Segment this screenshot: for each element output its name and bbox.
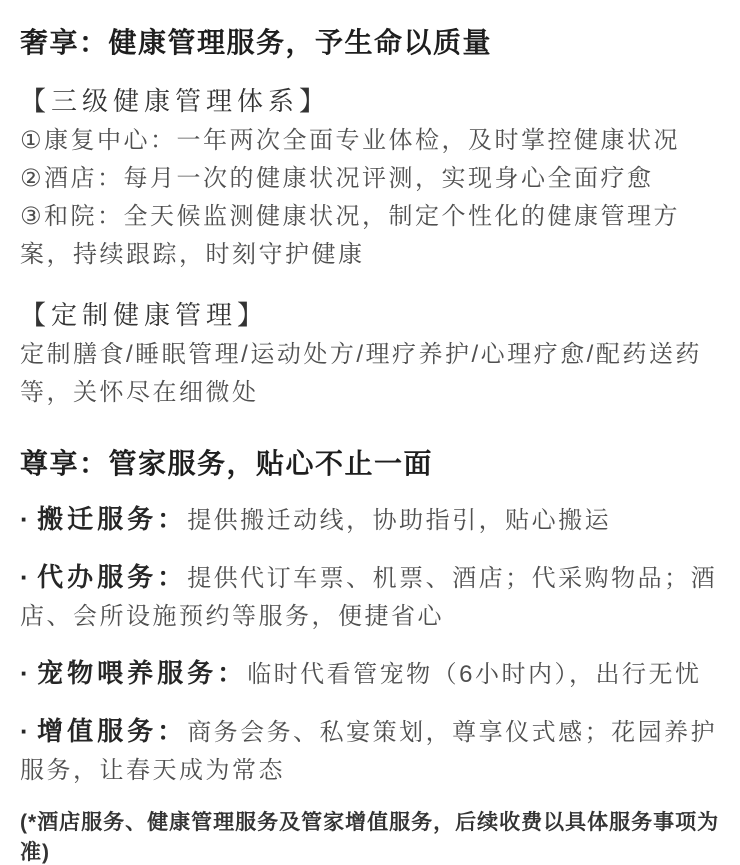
bullet-item-value-added-service: ·增值服务：商务会务、私宴策划，尊享仪式感；花园养护服务，让春天成为常态	[20, 712, 720, 790]
bullet-label-value-added: 增值服务：	[37, 716, 187, 746]
bullet-label-errand: 代办服务：	[37, 562, 187, 592]
bullet-dot: ·	[20, 562, 31, 592]
bullet-label-pet: 宠物喂养服务：	[37, 658, 247, 688]
page: 奢享：健康管理服务，予生命以质量 【三级健康管理体系】 ①康复中心：一年两次全面…	[0, 0, 740, 865]
custom-health-header: 【定制健康管理】	[20, 298, 720, 332]
bullet-desc-pet: 临时代看管宠物（6小时内），出行无忧	[247, 661, 701, 688]
list-item-heyuan: ③和院：全天候监测健康状况，制定个性化的健康管理方案，持续跟踪，时刻守护健康	[20, 198, 720, 274]
health-section-title: 奢享：健康管理服务，予生命以质量	[20, 26, 720, 60]
custom-health-body: 定制膳食/睡眠管理/运动处方/理疗养护/心理疗愈/配药送药等，关怀尽在细微处	[20, 336, 720, 412]
list-item-rehab-center: ①康复中心：一年两次全面专业体检，及时掌控健康状况	[20, 122, 720, 160]
bullet-dot: ·	[20, 504, 31, 534]
bullet-label-moving: 搬迁服务：	[37, 504, 187, 534]
footnote-disclaimer: (*酒店服务、健康管理服务及管家增值服务，后续收费以具体服务事项为准)	[20, 808, 720, 865]
bullet-dot: ·	[20, 658, 31, 688]
bullet-item-errand-service: ·代办服务：提供代订车票、机票、酒店；代采购物品；酒店、会所设施预约等服务，便捷…	[20, 558, 720, 636]
bullet-dot: ·	[20, 716, 31, 746]
list-item-hotel: ②酒店：每月一次的健康状况评测，实现身心全面疗愈	[20, 160, 720, 198]
bullet-item-pet-service: ·宠物喂养服务：临时代看管宠物（6小时内），出行无忧	[20, 654, 720, 694]
bullet-item-moving-service: ·搬迁服务：提供搬迁动线，协助指引，贴心搬运	[20, 500, 720, 540]
tier-system-list: ①康复中心：一年两次全面专业体检，及时掌控健康状况 ②酒店：每月一次的健康状况评…	[20, 122, 720, 274]
butler-section-title: 尊享：管家服务，贴心不止一面	[20, 446, 720, 482]
tier-system-header: 【三级健康管理体系】	[20, 84, 720, 118]
bullet-desc-moving: 提供搬迁动线，协助指引，贴心搬运	[187, 507, 611, 534]
